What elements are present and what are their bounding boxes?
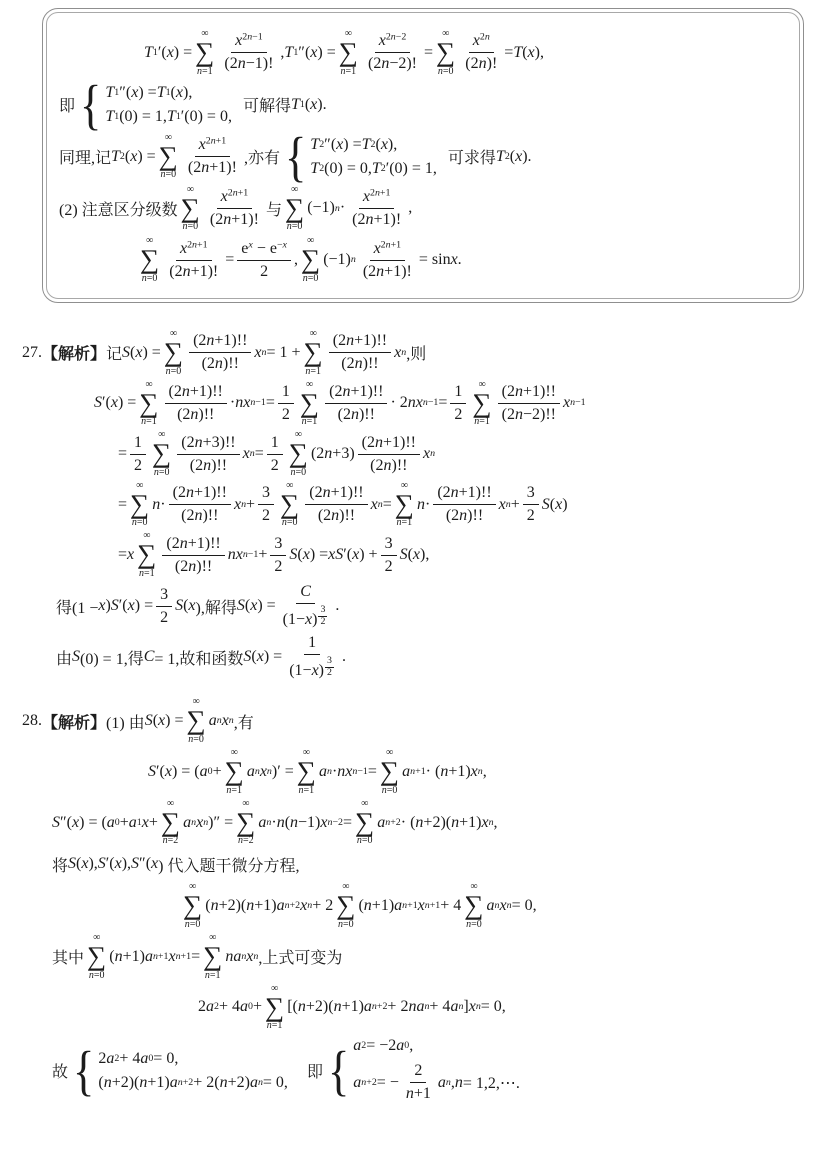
sum-symbol: ∞∑n=0 [280,481,299,529]
fraction: x2n−2(2n−2)! [364,31,421,74]
fraction: 12 [450,382,466,425]
sum-symbol: ∞∑n=1 [137,531,156,579]
formula-line: 28.【解析】(1) 由 S(x) = ∞∑n=0anxn,有 [22,697,812,745]
formula-line: 其中∞∑n=0 (n+1)an+1xn+1 = ∞∑n=1nanxn,上式可变为 [22,933,812,981]
section-28: 28.【解析】(1) 由 S(x) = ∞∑n=0anxn,有S′(x) = (… [22,697,812,1107]
formula-line: 27.【解析】记 S(x) = ∞∑n=0(2n+1)!!(2n)!!xn = … [22,329,812,377]
bold-label: 【解析】 [42,341,106,364]
cases-group: {T2″(x) = T2(x),T2(0) = 0,T2′(0) = 1, [283,133,437,181]
cases-row: (n+2)(n+1)an+2 + 2(n+2)an = 0, [98,1074,288,1092]
bold-label: 【解析】 [42,710,106,733]
fraction: (2n+1)!!(2n)!! [433,483,495,526]
cases-row: a2 = −2a0, [353,1037,413,1055]
document-page: T1′(x) = ∞∑n=1x2n−1(2n−1)!,T1″(x) = ∞∑n=… [0,0,828,1107]
formula-line: T1′(x) = ∞∑n=1x2n−1(2n−1)!,T1″(x) = ∞∑n=… [59,29,789,77]
sum-symbol: ∞∑n=0 [87,933,106,981]
formula-line: 将 S(x),S′(x),S″(x) 代入题干微分方程, [22,849,812,879]
fraction: 12 [267,433,283,476]
sum-symbol: ∞∑n=0 [140,236,159,284]
sum-symbol: ∞∑n=0 [436,29,455,77]
sum-symbol: ∞∑n=0 [301,236,320,284]
fraction: (2n+1)!!(2n)!! [162,534,224,577]
fraction: 32 [325,656,334,679]
fraction: x2n+1(2n+1)! [165,239,222,282]
formula-line: 即{T1″(x) = T1(x),T1(0) = 1,T1′(0) = 0, 可… [59,81,789,129]
sum-symbol: ∞∑n=1 [395,481,414,529]
sum-symbol: ∞∑n=1 [195,29,214,77]
sum-symbol: ∞∑n=0 [164,329,183,377]
cases-row: an+2 = − 2n+1an,n = 1,2,⋯. [353,1061,520,1104]
sum-symbol: ∞∑n=2 [161,799,180,847]
sum-symbol: ∞∑n=1 [203,933,222,981]
formula-line: S′(x) = ∞∑n=1(2n+1)!!(2n)!! · nxn−1 = 12… [22,380,812,428]
sum-symbol: ∞∑n=0 [130,481,149,529]
fraction: 32 [381,534,397,577]
section-27: 27.【解析】记 S(x) = ∞∑n=0(2n+1)!!(2n)!!xn = … [22,329,812,681]
formula-line: 故{2a2 + 4a0 = 0,(n+2)(n+1)an+2 + 2(n+2)a… [22,1034,812,1107]
cases-row: T2″(x) = T2(x), [310,136,397,154]
sum-symbol: ∞∑n=1 [297,748,316,796]
cases-row: T1″(x) = T1(x), [105,84,192,102]
sum-symbol: ∞∑n=1 [339,29,358,77]
formula-line: = ∞∑n=0n · (2n+1)!!(2n)!!xn + 32∞∑n=0(2n… [22,481,812,529]
fraction: 12 [278,382,294,425]
sum-symbol: ∞∑n=0 [464,882,483,930]
fraction: 32 [258,483,274,526]
fraction: (2n+1)!!(2n)!! [169,483,231,526]
formula-line: 2a2 + 4a0 + ∞∑n=1 [(n+2)(n+1)an+2 + 2nan… [22,984,812,1032]
cases-row: T1(0) = 1,T1′(0) = 0, [105,108,232,126]
fraction: 32 [318,605,327,628]
formula-line: S′(x) = (a0 + ∞∑n=1anxn)′ = ∞∑n=1an · nx… [22,748,812,796]
sum-symbol: ∞∑n=1 [304,329,323,377]
formula-line: 由 S(0) = 1,得 C = 1,故和函数 S(x) = 1(1−x)32. [22,633,812,681]
fraction: (2n+1)!!(2n)!! [358,433,420,476]
formula-line: (2) 注意区分级数∞∑n=0x2n+1(2n+1)! 与∞∑n=0 (−1)n… [59,185,789,233]
fraction: (2n+1)!!(2n)!! [305,483,367,526]
fraction: 1(1−x)32 [285,633,339,681]
fraction: (2n+3)!!(2n)!! [177,433,239,476]
formula-line: 得(1 − x)S′(x) = 32S(x),解得 S(x) = C(1−x)3… [22,582,812,630]
fraction: C(1−x)32 [279,582,333,630]
fraction: x2n+1(2n+1)! [359,239,416,282]
cases-group: {a2 = −2a0,an+2 = − 2n+1an,n = 1,2,⋯. [326,1034,520,1107]
fraction: 12 [130,433,146,476]
cases-row: 2a2 + 4a0 = 0, [98,1050,178,1068]
sum-symbol: ∞∑n=1 [472,380,491,428]
fraction: x2n−1(2n−1)! [220,31,277,74]
fraction: ex − e−x2 [237,239,291,282]
formula-line: 同理,记 T2(x) = ∞∑n=0x2n+1(2n+1)!,亦有{T2″(x)… [59,133,789,181]
sum-symbol: ∞∑n=0 [186,697,205,745]
sum-symbol: ∞∑n=0 [336,882,355,930]
sum-symbol: ∞∑n=0 [285,185,304,233]
fraction: 2n+1 [402,1061,435,1104]
fraction: x2n+1(2n+1)! [184,135,241,178]
cases-group: {2a2 + 4a0 = 0,(n+2)(n+1)an+2 + 2(n+2)an… [71,1047,288,1095]
fraction: (2n+1)!!(2n−2)!! [498,382,560,425]
sum-symbol: ∞∑n=0 [152,430,171,478]
fraction: 32 [523,483,539,526]
sum-symbol: ∞∑n=0 [159,133,178,181]
fraction: x2n(2n)! [461,31,501,74]
sum-symbol: ∞∑n=0 [380,748,399,796]
fraction: (2n+1)!!(2n)!! [189,331,251,374]
sum-symbol: ∞∑n=0 [183,882,202,930]
fraction: (2n+1)!!(2n)!! [329,331,391,374]
sum-symbol: ∞∑n=1 [265,984,284,1032]
formula-line: = 12∞∑n=0(2n+3)!!(2n)!!xn = 12∞∑n=0 (2n+… [22,430,812,478]
sum-symbol: ∞∑n=1 [225,748,244,796]
sum-symbol: ∞∑n=1 [139,380,158,428]
cases-group: {T1″(x) = T1(x),T1(0) = 1,T1′(0) = 0, [78,81,232,129]
formula-line: ∞∑n=0x2n+1(2n+1)! = ex − e−x2,∞∑n=0 (−1)… [59,236,789,284]
formula-line: S″(x) = (a0 + a1x + ∞∑n=2anxn)″ = ∞∑n=2a… [22,799,812,847]
fraction: (2n+1)!!(2n)!! [165,382,227,425]
note-box: T1′(x) = ∞∑n=1x2n−1(2n−1)!,T1″(x) = ∞∑n=… [42,8,804,303]
fraction: 32 [156,585,172,628]
sum-symbol: ∞∑n=0 [289,430,308,478]
fraction: x2n+1(2n+1)! [206,187,263,230]
sum-symbol: ∞∑n=2 [236,799,255,847]
fraction: x2n+1(2n+1)! [348,187,405,230]
fraction: 32 [270,534,286,577]
sum-symbol: ∞∑n=0 [181,185,200,233]
sum-symbol: ∞∑n=0 [355,799,374,847]
formula-line: ∞∑n=0 (n+2)(n+1)an+2xn + 2∞∑n=0 (n+1)an+… [22,882,812,930]
fraction: (2n+1)!!(2n)!! [325,382,387,425]
formula-line: = x∞∑n=1(2n+1)!!(2n)!!nxn−1 + 32S(x) = x… [22,531,812,579]
sum-symbol: ∞∑n=1 [300,380,319,428]
cases-row: T2(0) = 0,T2′(0) = 1, [310,160,437,178]
